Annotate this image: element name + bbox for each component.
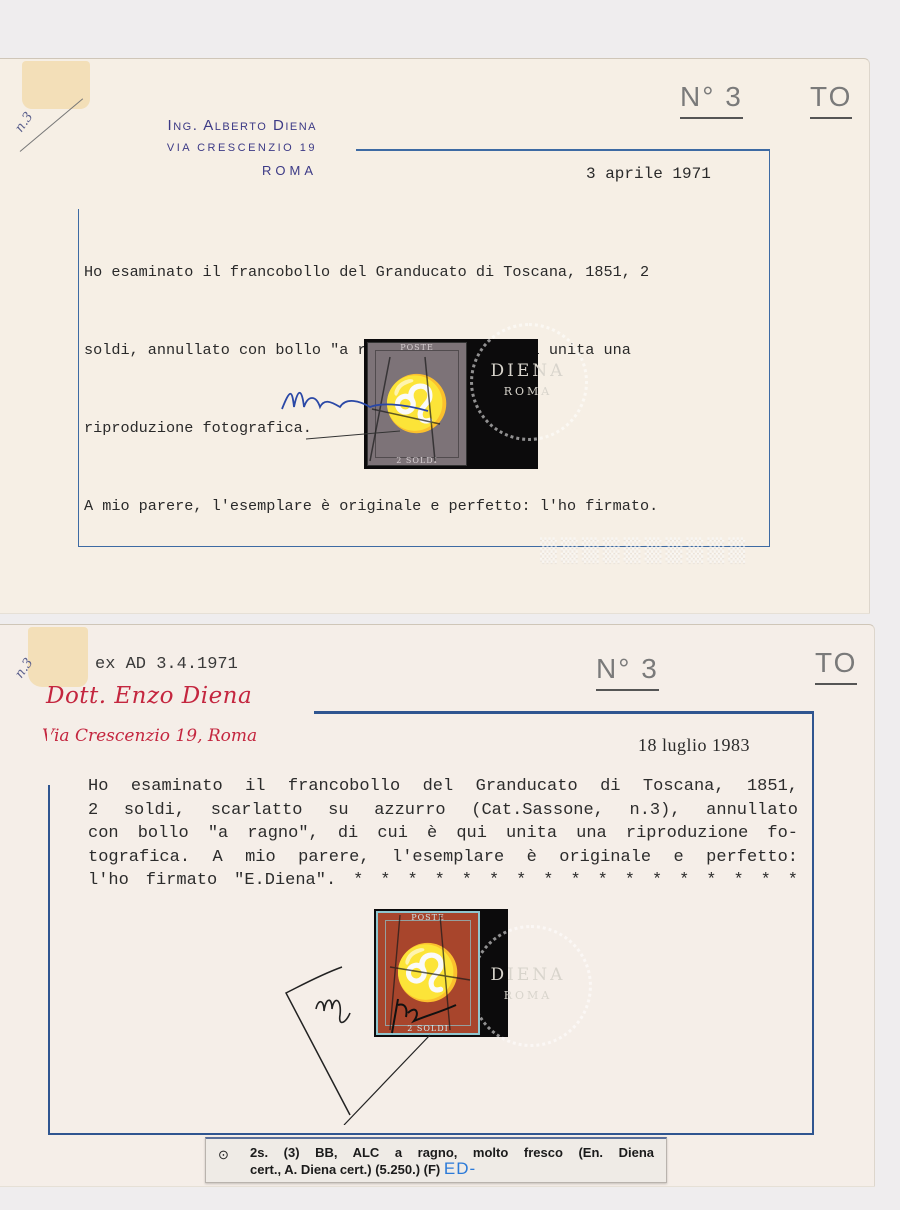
letterhead-name: Ing. Alberto Diena (168, 117, 317, 134)
certificate-1: n.3 N° 3 TO Ing. Alberto Diena VIA CRESC… (0, 58, 870, 613)
pencil-code: TO (810, 81, 852, 113)
seal-text: DIENA ROMA (478, 361, 578, 398)
corner-pencil-note: n.3 (12, 110, 36, 136)
pencil-number: N° 3 (596, 653, 659, 685)
handwritten-mark: ED- (444, 1159, 476, 1178)
certificate-date: 18 luglio 1983 (638, 735, 750, 756)
cancel-and-signature (280, 905, 480, 1125)
pencil-underline (815, 683, 857, 685)
lot-description: 2s. (3) BB, ALC a ragno, molto fresco (E… (250, 1145, 654, 1178)
signature: E. Diena (282, 975, 286, 976)
auction-catalogue-clipping: ⊙ 2s. (3) BB, ALC a ragno, molto fresco … (205, 1137, 667, 1183)
certificate-2: n.3 ex AD 3.4.1971 N° 3 TO Dott. Enzo Di… (0, 624, 875, 1186)
certificate-body: Ho esaminato il francobollo del Granduca… (88, 775, 798, 893)
adhesive-stain (28, 627, 88, 687)
pencil-code: TO (815, 647, 857, 679)
used-symbol-icon: ⊙ (218, 1147, 229, 1163)
seal-text: DIENA ROMA (478, 965, 578, 1002)
pencil-number: N° 3 (680, 81, 743, 113)
pencil-underline (596, 689, 659, 691)
cancel-and-signature (280, 349, 480, 469)
provenance-note: ex AD 3.4.1971 (95, 655, 238, 674)
embossed-text: ▒▒▒▒▒▒▒▒▒▒ (540, 539, 749, 564)
letterhead-name: Dott. Enzo Diena (46, 683, 252, 709)
pencil-underline (680, 117, 743, 119)
pencil-underline (810, 117, 852, 119)
certificate-date: 3 aprile 1971 (586, 165, 711, 183)
signature: Alberto Diena (282, 393, 289, 394)
